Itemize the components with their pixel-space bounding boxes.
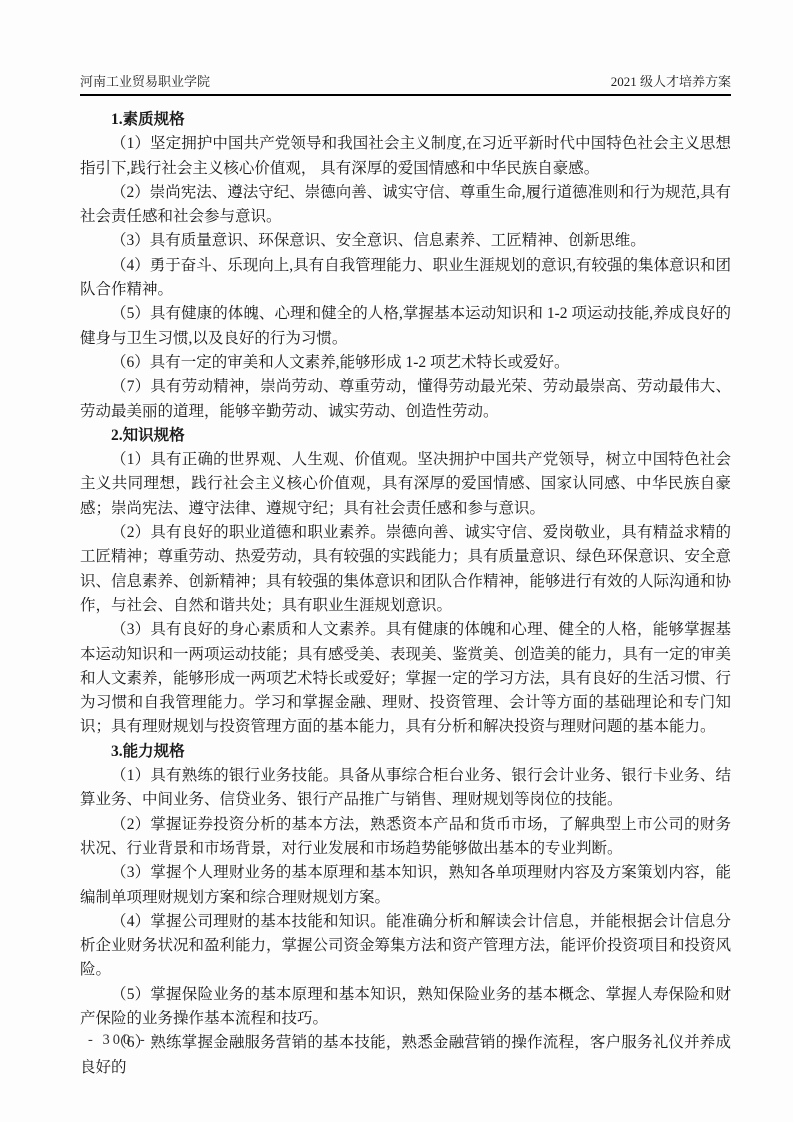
paragraph: （2）掌握证券投资分析的基本方法，熟悉资本产品和货币市场，了解典型上市公司的财务… [80, 813, 731, 862]
paragraph: （3）具有良好的身心素质和人文素养。具有健康的体魄和心理、健全的人格，能够掌握基… [80, 618, 731, 739]
paragraph: （1）具有熟练的银行业务技能。具备从事综合柜台业务、银行会计业务、银行卡业务、结… [80, 764, 731, 813]
document-body: 1.素质规格 （1）坚定拥护中国共产党领导和我国社会主义制度,在习近平新时代中国… [80, 108, 731, 1080]
paragraph: （3）具有质量意识、环保意识、安全意识、信息素养、工匠精神、创新思维。 [80, 229, 731, 253]
paragraph: （3）掌握个人理财业务的基本原理和基本知识，熟知各单项理财内容及方案策划内容，能… [80, 861, 731, 910]
paragraph: （4）勇于奋斗、乐现向上,具有自我管理能力、职业生涯规划的意识,有较强的集体意识… [80, 254, 731, 303]
paragraph: （6）具有一定的审美和人文素养,能够形成 1-2 项艺术特长或爱好。 [80, 351, 731, 375]
document-page: 河南工业贸易职业学院 2021 级人才培养方案 1.素质规格 （1）坚定拥护中国… [0, 0, 793, 1122]
header-institution-name: 河南工业贸易职业学院 [80, 74, 210, 90]
paragraph: （4）掌握公司理财的基本技能和知识。能准确分析和解读会计信息，并能根据会计信息分… [80, 910, 731, 983]
page-number: - 300 - [88, 1032, 148, 1049]
paragraph: （1）具有正确的世界观、人生观、价值观。坚决拥护中国共产党领导，树立中国特色社会… [80, 448, 731, 521]
section-heading-ability: 3.能力规格 [80, 740, 731, 764]
paragraph: （6）熟练掌握金融服务营销的基本技能，熟悉金融营销的操作流程，客户服务礼仪并养成… [80, 1031, 731, 1080]
paragraph: （5）掌握保险业务的基本原理和基本知识，熟知保险业务的基本概念、掌握人寿保险和财… [80, 983, 731, 1032]
paragraph: （1）坚定拥护中国共产党领导和我国社会主义制度,在习近平新时代中国特色社会主义思… [80, 132, 731, 181]
paragraph: （7）具有劳动精神，崇尚劳动、尊重劳动，懂得劳动最光荣、劳动最崇高、劳动最伟大、… [80, 375, 731, 424]
header-document-title: 2021 级人才培养方案 [611, 74, 731, 90]
paragraph: （5）具有健康的体魄、心理和健全的人格,掌握基本运动知识和 1-2 项运动技能,… [80, 302, 731, 351]
section-heading-quality: 1.素质规格 [80, 108, 731, 132]
section-heading-knowledge: 2.知识规格 [80, 424, 731, 448]
paragraph: （2）具有良好的职业道德和职业素养。崇德向善、诚实守信、爱岗敬业，具有精益求精的… [80, 521, 731, 618]
page-header: 河南工业贸易职业学院 2021 级人才培养方案 [80, 74, 731, 96]
paragraph: （2）崇尚宪法、遵法守纪、崇德向善、诚实守信、尊重生命,履行道德准则和行为规范,… [80, 181, 731, 230]
